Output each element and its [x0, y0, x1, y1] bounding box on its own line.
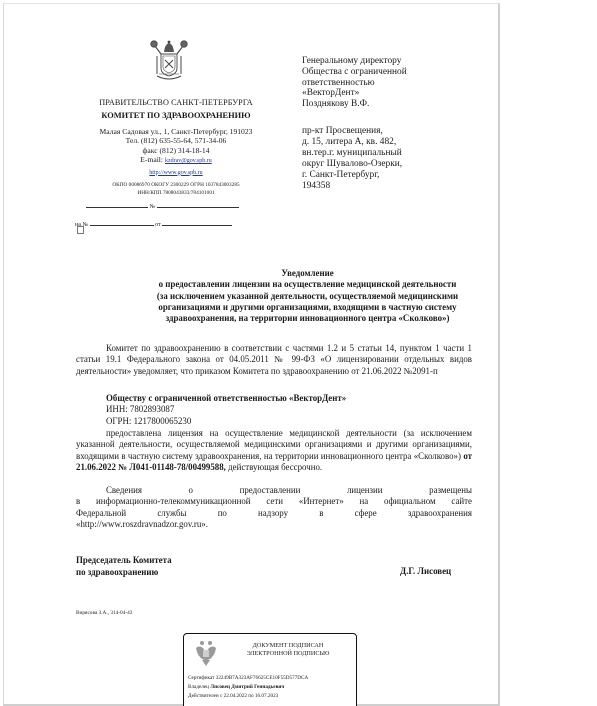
committee-name: КОМИТЕТ ПО ЗДРАВООХРАНЕНИЮ [66, 111, 286, 120]
para3-line-4: «http://www.roszdravnadzor.gov.ru». [76, 519, 472, 530]
certificate-row: Сертификат 32249B7A323AF76625CE10F55D577… [188, 674, 308, 683]
sender-fax: факс (812) 314-18-14 [66, 146, 286, 155]
address-line: г. Санкт-Петербург, [302, 170, 402, 181]
document-title: Уведомление о предоставлении лицензии на… [84, 268, 531, 324]
address-line: д. 15, литера А, кв. 482, [302, 137, 402, 148]
para3-line-2: в информационно-телекоммуникационной сет… [76, 496, 472, 507]
stamp-title-line: ЭЛЕКТРОННОЙ ПОДПИСЬЮ [224, 650, 352, 658]
validity-row: Действителен с 22.04.2022 по 16.07.2023 [188, 692, 308, 701]
recipient-line: Общества с ограниченной [302, 67, 407, 78]
organization-ogrn: ОГРН: 1217800065230 [106, 416, 346, 427]
email-link[interactable]: kzdrav@gov.spb.ru [165, 158, 212, 164]
body-paragraph-2: предоставлена лицензия на осуществление … [76, 428, 472, 473]
word: Сведения [106, 485, 142, 496]
recipient-line: Генеральному директору [302, 56, 407, 67]
organization-inn: ИНН: 7802893087 [106, 404, 346, 415]
word: о [189, 485, 193, 496]
body-paragraph-1: Комитет по здравоохранению в соответстви… [76, 343, 472, 377]
recipient-address: пр-кт Просвещения, д. 15, литера А, кв. … [302, 126, 402, 192]
title-line: здравоохранения, на территории инновацио… [84, 313, 531, 324]
word: Федеральной [76, 508, 126, 519]
word: в [319, 508, 323, 519]
executor-info: Вирясова З.А., 314-04-43 [76, 610, 132, 616]
title-heading: Уведомление [84, 268, 531, 279]
reference-number-line: на № от [75, 219, 232, 228]
sender-contacts: Малая Садовая ул., 1, Санкт-Петербург, 1… [66, 127, 286, 178]
sender-address: Малая Садовая ул., 1, Санкт-Петербург, 1… [66, 127, 286, 136]
organization-name: Обществу с ограниченной ответственностью… [106, 393, 346, 403]
outgoing-number-line: № [86, 201, 239, 210]
electronic-signature-stamp: ДОКУМЕНТ ПОДПИСАН ЭЛЕКТРОННОЙ ПОДПИСЬЮ С… [183, 633, 357, 706]
recipient-block: Генеральному директору Общества с ограни… [302, 56, 407, 110]
ref-date-blank [162, 219, 232, 226]
recipient-line: ответственностью [302, 78, 407, 89]
word: лицензии [347, 485, 383, 496]
word: здравоохранения [408, 508, 472, 519]
sender-codes: ОКПО 00086970 ОКОГУ 2300229 ОГРН 1037843… [66, 182, 286, 197]
owner-name: Лисовец Дмитрий Геннадьевич [210, 684, 284, 690]
word: сфере [355, 508, 377, 519]
word: предоставлении [240, 485, 301, 496]
license-validity: действующая бессрочно. [228, 462, 322, 472]
word: надзору [258, 508, 288, 519]
signer-name: Д.Г. Лисовец [400, 566, 451, 576]
title-line: организациями и другими организациями, в… [84, 302, 531, 313]
website-link[interactable]: http://www.gov.spb.ru [149, 170, 202, 176]
checkbox [77, 226, 84, 234]
address-line: вн.тер.г. муниципальный [302, 148, 402, 159]
certificate-id: 32249B7A323AF76625CE10F55D577DCA [216, 675, 309, 681]
para3-line-3: Федеральной службы по надзору в сфере зд… [76, 508, 472, 519]
certificate-label: Сертификат [188, 675, 214, 681]
government-name: ПРАВИТЕЛЬСТВО САНКТ-ПЕТЕРБУРГА [66, 98, 286, 107]
sender-phone: Тел. (812) 635-55-64, 571-34-06 [66, 136, 286, 145]
address-line: округ Шувалово-Озерки, [302, 159, 402, 170]
address-line: 194358 [302, 181, 402, 192]
owner-label: Владелец [188, 684, 209, 690]
codes-inn-kpp: ИНН/КПП 7808043833/784101001 [66, 190, 286, 198]
license-text: предоставлена лицензия на осуществление … [76, 428, 472, 461]
stamp-details: Сертификат 32249B7A323AF76625CE10F55D577… [188, 674, 308, 701]
word: службы [157, 508, 186, 519]
position-line: Председатель Комитета [76, 555, 172, 567]
date-blank [86, 201, 148, 208]
organization-details: Обществу с ограниченной ответственностью… [106, 393, 346, 427]
ref-from: от [155, 222, 161, 228]
recipient-line: Позднякову В.Ф. [302, 99, 407, 110]
title-line: (за исключением указанной деятельности, … [84, 291, 531, 302]
codes-okpo-ogrn: ОКПО 00086970 ОКОГУ 2300229 ОГРН 1037843… [66, 182, 286, 190]
address-line: пр-кт Просвещения, [302, 126, 402, 137]
email-label: E-mail: [140, 155, 163, 164]
sender-email-row: E-mail: kzdrav@gov.spb.ru [66, 155, 286, 166]
coat-of-arms-icon [147, 32, 191, 84]
stamp-title: ДОКУМЕНТ ПОДПИСАН ЭЛЕКТРОННОЙ ПОДПИСЬЮ [224, 642, 352, 658]
ref-number-blank [90, 219, 154, 226]
stamp-title-line: ДОКУМЕНТ ПОДПИСАН [224, 642, 352, 650]
signer-position: Председатель Комитета по здравоохранению [76, 555, 172, 578]
recipient-line: «ВекторДент» [302, 88, 407, 99]
document-page: ПРАВИТЕЛЬСТВО САНКТ-ПЕТЕРБУРГА КОМИТЕТ П… [3, 3, 500, 706]
position-line: по здравоохранению [76, 567, 172, 579]
word: размещены [429, 485, 472, 496]
title-line: о предоставлении лицензии на осуществлен… [84, 279, 531, 290]
para3-line-1: Сведения о предоставлении лицензии разме… [76, 485, 472, 496]
owner-row: Владелец Лисовец Дмитрий Геннадьевич [188, 683, 308, 692]
body-paragraph-3: Сведения о предоставлении лицензии разме… [76, 485, 472, 530]
number-sign: № [150, 204, 156, 210]
number-blank [157, 201, 239, 208]
russian-coat-of-arms-icon [193, 639, 219, 669]
word: по [218, 508, 227, 519]
